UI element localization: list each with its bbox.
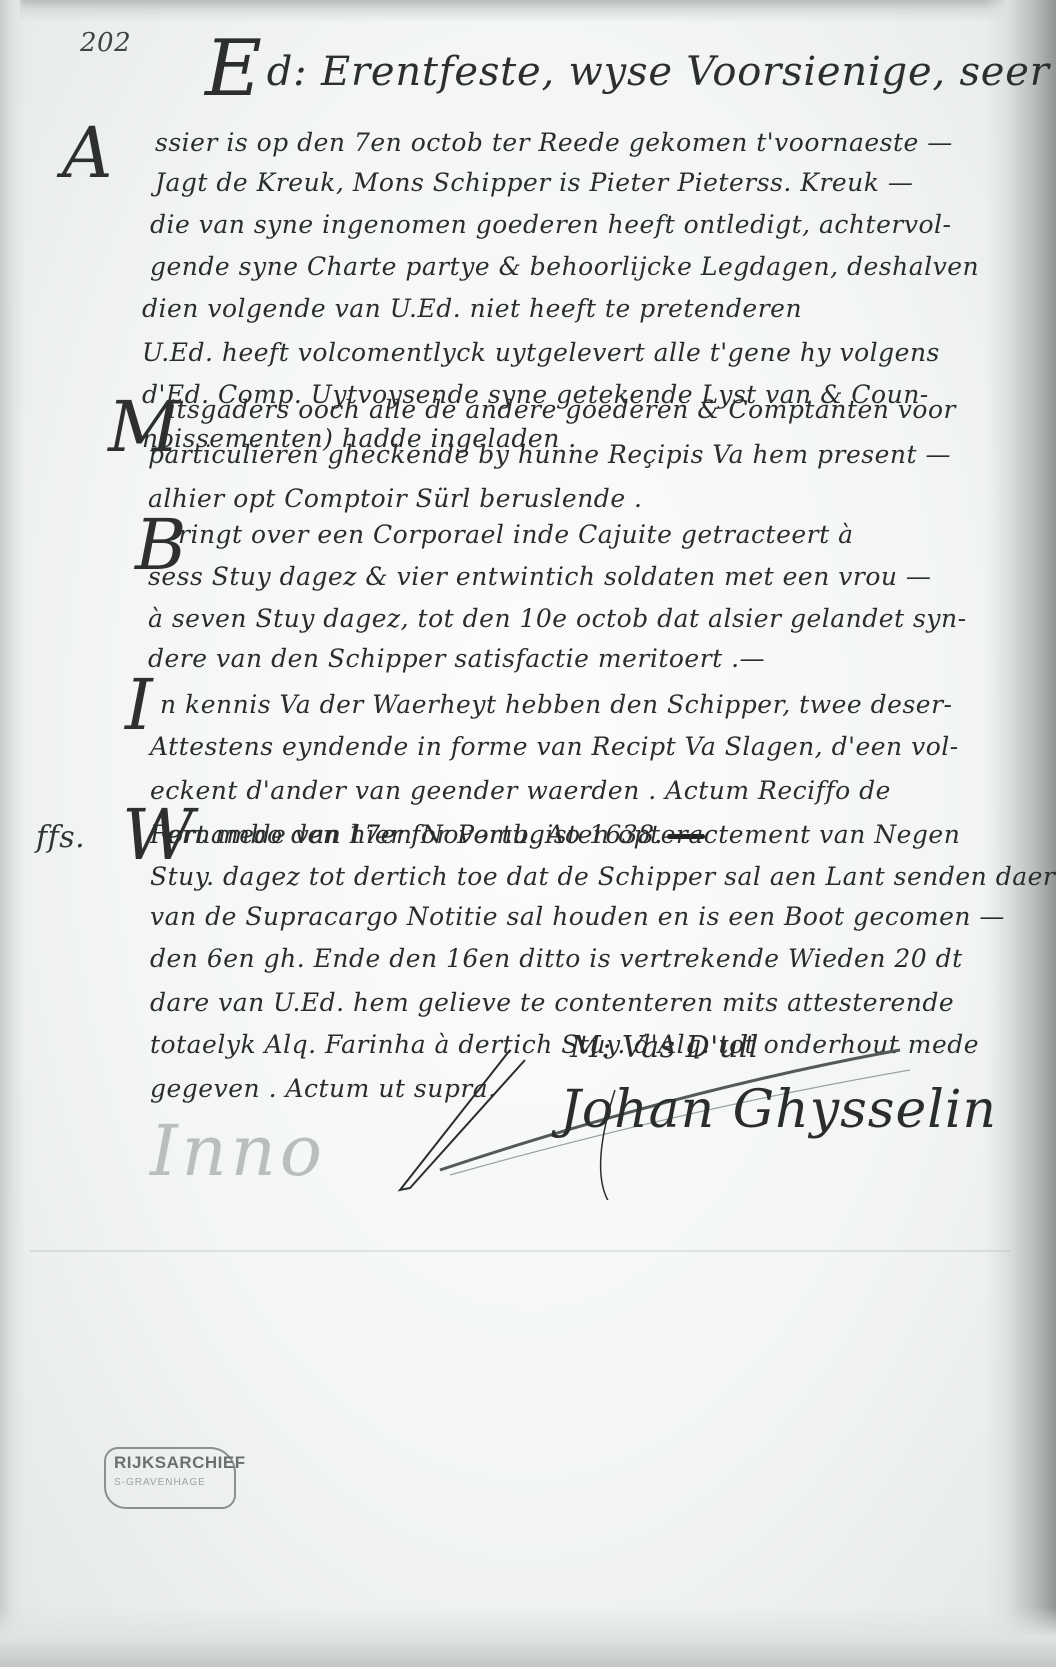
signature-block: M: Vas D'ull Johan Ghysselin — [380, 1030, 940, 1200]
text-line: eckent d'ander van geender waerden . Act… — [150, 776, 1050, 805]
salutation: Ed: Erentfeste, wyse Voorsienige, seer d… — [205, 30, 1056, 108]
stamp-subtitle: S-GRAVENHAGE — [114, 1477, 226, 1488]
text-line: Attestens eyndende in forme van Recipt V… — [150, 732, 1050, 761]
ink-bleed-trace: Inno — [150, 1110, 326, 1192]
text-line: à seven Stuy dagez, tot den 10e octob da… — [148, 604, 1048, 633]
text-line: gende syne Charte partye & behoorlijcke … — [150, 252, 1050, 281]
text-line: ringt over een Corporael inde Cajuite ge… — [178, 520, 1056, 549]
margin-note: ffs. — [36, 820, 85, 855]
signature-main: Johan Ghysselin — [560, 1080, 997, 1140]
text-line: particulieren gheckende by hunne Reçipis… — [148, 440, 1048, 469]
signature-witness: M: Vas D'ull — [570, 1030, 759, 1065]
text-line: Jagt de Kreuk, Mons Schipper is Pieter P… — [155, 168, 1055, 197]
text-line: alhier opt Comptoir Sürl beruslende . — [148, 484, 1048, 513]
text-line: itsgaders ooch alle de andere goederen &… — [168, 395, 1056, 424]
text-line: ssier is op den 7en octob ter Reede geko… — [155, 128, 1055, 157]
text-line: ort mede van hier for Portugisten optera… — [168, 820, 1056, 849]
salutation-initial: E — [205, 24, 263, 114]
text-line: van de Supracargo Notitie sal houden en … — [150, 902, 1050, 931]
text-line: n kennis Va der Waerheyt hebben den Schi… — [160, 690, 1056, 719]
paper-edge-bottom — [0, 1607, 1056, 1667]
text-line: Stuy. dagez tot dertich toe dat de Schip… — [150, 862, 1050, 891]
paper-edge-left — [0, 0, 26, 1667]
salutation-text: d: Erentfeste, wyse Voorsienige, seer di… — [267, 49, 1056, 95]
text-line: sess Stuy dagez & vier entwintich soldat… — [148, 562, 1048, 591]
manuscript-page: 202 Ed: Erentfeste, wyse Voorsienige, se… — [0, 0, 1056, 1667]
text-line: den 6en gh. Ende den 16en ditto is vertr… — [150, 944, 1050, 973]
page-number: 202 — [80, 28, 131, 58]
paragraph-initial: I — [125, 670, 153, 740]
text-line: die van syne ingenomen goederen heeft on… — [150, 210, 1050, 239]
archive-stamp: RIJKSARCHIEF S-GRAVENHAGE — [104, 1447, 236, 1509]
paper-edge-top — [20, 0, 1030, 22]
paragraph-initial: A — [62, 118, 113, 188]
text-line: dere van den Schipper satisfactie merito… — [148, 644, 1048, 673]
text-line: U.Ed. heeft volcomentlyck uytgelevert al… — [142, 338, 1042, 367]
stamp-title: RIJKSARCHIEF — [114, 1453, 226, 1473]
text-line: dien volgende van U.Ed. niet heeft te pr… — [142, 294, 1042, 323]
text-line: dare van U.Ed. hem gelieve te contentere… — [150, 988, 1050, 1017]
paper-fold-crease — [30, 1250, 1010, 1252]
